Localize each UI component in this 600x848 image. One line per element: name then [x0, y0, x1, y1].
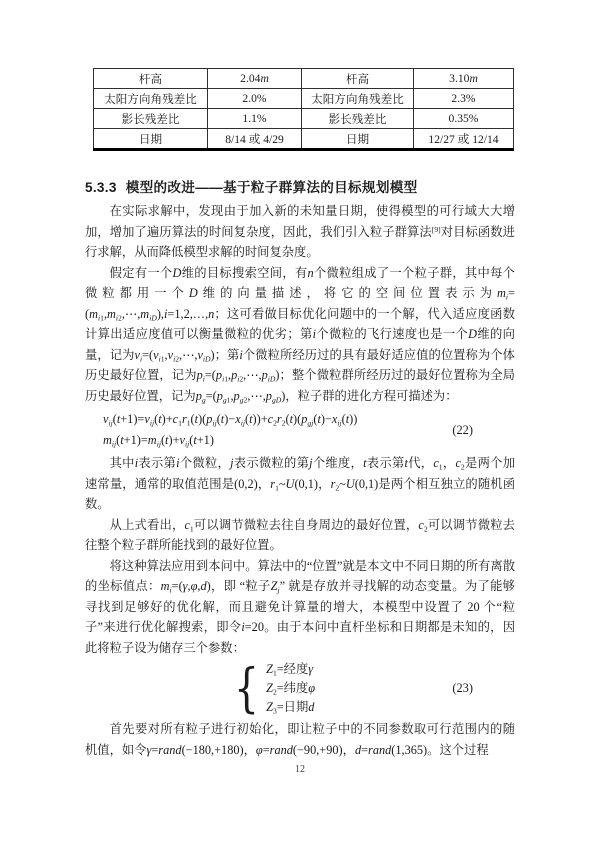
paragraph-pso-description: 假定有一个D维的目标搜索空间，有n个微粒组成了一个粒子群，其中每个微粒都用一个D…	[85, 263, 515, 407]
equation-22-line-position: mij(t+1)=mij(t)+vij(t+1)	[103, 430, 357, 451]
table-cell: 0.35%	[414, 109, 514, 129]
table-cell: 太阳方向角残差比	[302, 89, 414, 109]
table-row: 太阳方向角残差比 2.0% 太阳方向角残差比 2.3%	[94, 89, 514, 109]
paragraph-initialization: 首先要对所有粒子进行初始化，即让粒子中的不同参数取可行范围内的随机值，如令γ=r…	[85, 719, 515, 760]
table-cell: 2.3%	[414, 89, 514, 109]
page-number: 12	[0, 764, 600, 775]
paragraph-application: 将这种算法应用到本问中。算法中的“位置”就是本文中不同日期的所有离散的坐标值点：…	[85, 556, 515, 659]
equation-22-line-velocity: vij(t+1)=vij(t)+c1r1(t)(pij(t)−xij(t))+c…	[103, 409, 357, 430]
paragraph-intro: 在实际求解中，发现由于加入新的未知量日期，使得模型的可行域大大增加，增加了遍历算…	[85, 201, 515, 263]
paragraph-variables: 其中i表示第i个微粒，j表示微粒的第j个维度，t表示第t代，c1，c2是两个加速…	[85, 453, 515, 515]
equation-22-lines: vij(t+1)=vij(t)+c1r1(t)(pij(t)−xij(t))+c…	[103, 409, 357, 451]
table-cell: 8/14 或 4/29	[208, 129, 302, 150]
table-row: 杆高 2.04m 杆高 3.10m	[94, 69, 514, 89]
equation-22-number: (22)	[452, 423, 473, 438]
equation-23-line-longitude: Z1=经度γ	[266, 660, 315, 679]
table-cell: 3.10m	[414, 69, 514, 89]
table-cell: 太阳方向角残差比	[94, 89, 208, 109]
table-row: 影长残差比 1.1% 影长残差比 0.35%	[94, 109, 514, 129]
table-cell: 日期	[302, 129, 414, 150]
document-page: 杆高 2.04m 杆高 3.10m 太阳方向角残差比 2.0% 太阳方向角残差比…	[0, 0, 600, 848]
equation-22: vij(t+1)=vij(t)+c1r1(t)(pij(t)−xij(t))+c…	[85, 406, 515, 453]
table-cell: 2.0%	[208, 89, 302, 109]
table-cell: 日期	[94, 129, 208, 150]
residual-comparison-table: 杆高 2.04m 杆高 3.10m 太阳方向角残差比 2.0% 太阳方向角残差比…	[93, 68, 514, 151]
left-brace: {	[234, 661, 259, 717]
table-cell: 杆高	[94, 69, 208, 89]
table-cell: 影长残差比	[302, 109, 414, 129]
equation-23-line-date: Z3=日期d	[266, 698, 315, 717]
equation-23-number: (23)	[452, 681, 473, 696]
page-content: 杆高 2.04m 杆高 3.10m 太阳方向角残差比 2.0% 太阳方向角残差比…	[85, 0, 515, 760]
table-cell: 杆高	[302, 69, 414, 89]
table-cell: 影长残差比	[94, 109, 208, 129]
section-number: 5.3.3	[85, 180, 117, 195]
section-heading: 5.3.3模型的改进——基于粒子群算法的目标规划模型	[85, 176, 515, 196]
paragraph-coefficients: 从上式看出，c1可以调节微粒去往自身周边的最好位置，c2可以调节微粒去往整个粒子…	[85, 515, 515, 556]
equation-23-lines: Z1=经度γ Z2=纬度φ Z3=日期d	[266, 660, 315, 717]
equation-23-line-latitude: Z2=纬度φ	[266, 679, 315, 698]
table-cell: 2.04m	[208, 69, 302, 89]
table-row: 日期 8/14 或 4/29 日期 12/27 或 12/14	[94, 129, 514, 150]
table-cell: 12/27 或 12/14	[414, 129, 514, 150]
equation-23: { Z1=经度γ Z2=纬度φ Z3=日期d (23)	[85, 658, 515, 719]
table-cell: 1.1%	[208, 109, 302, 129]
section-title: 模型的改进——基于粒子群算法的目标规划模型	[126, 180, 418, 195]
